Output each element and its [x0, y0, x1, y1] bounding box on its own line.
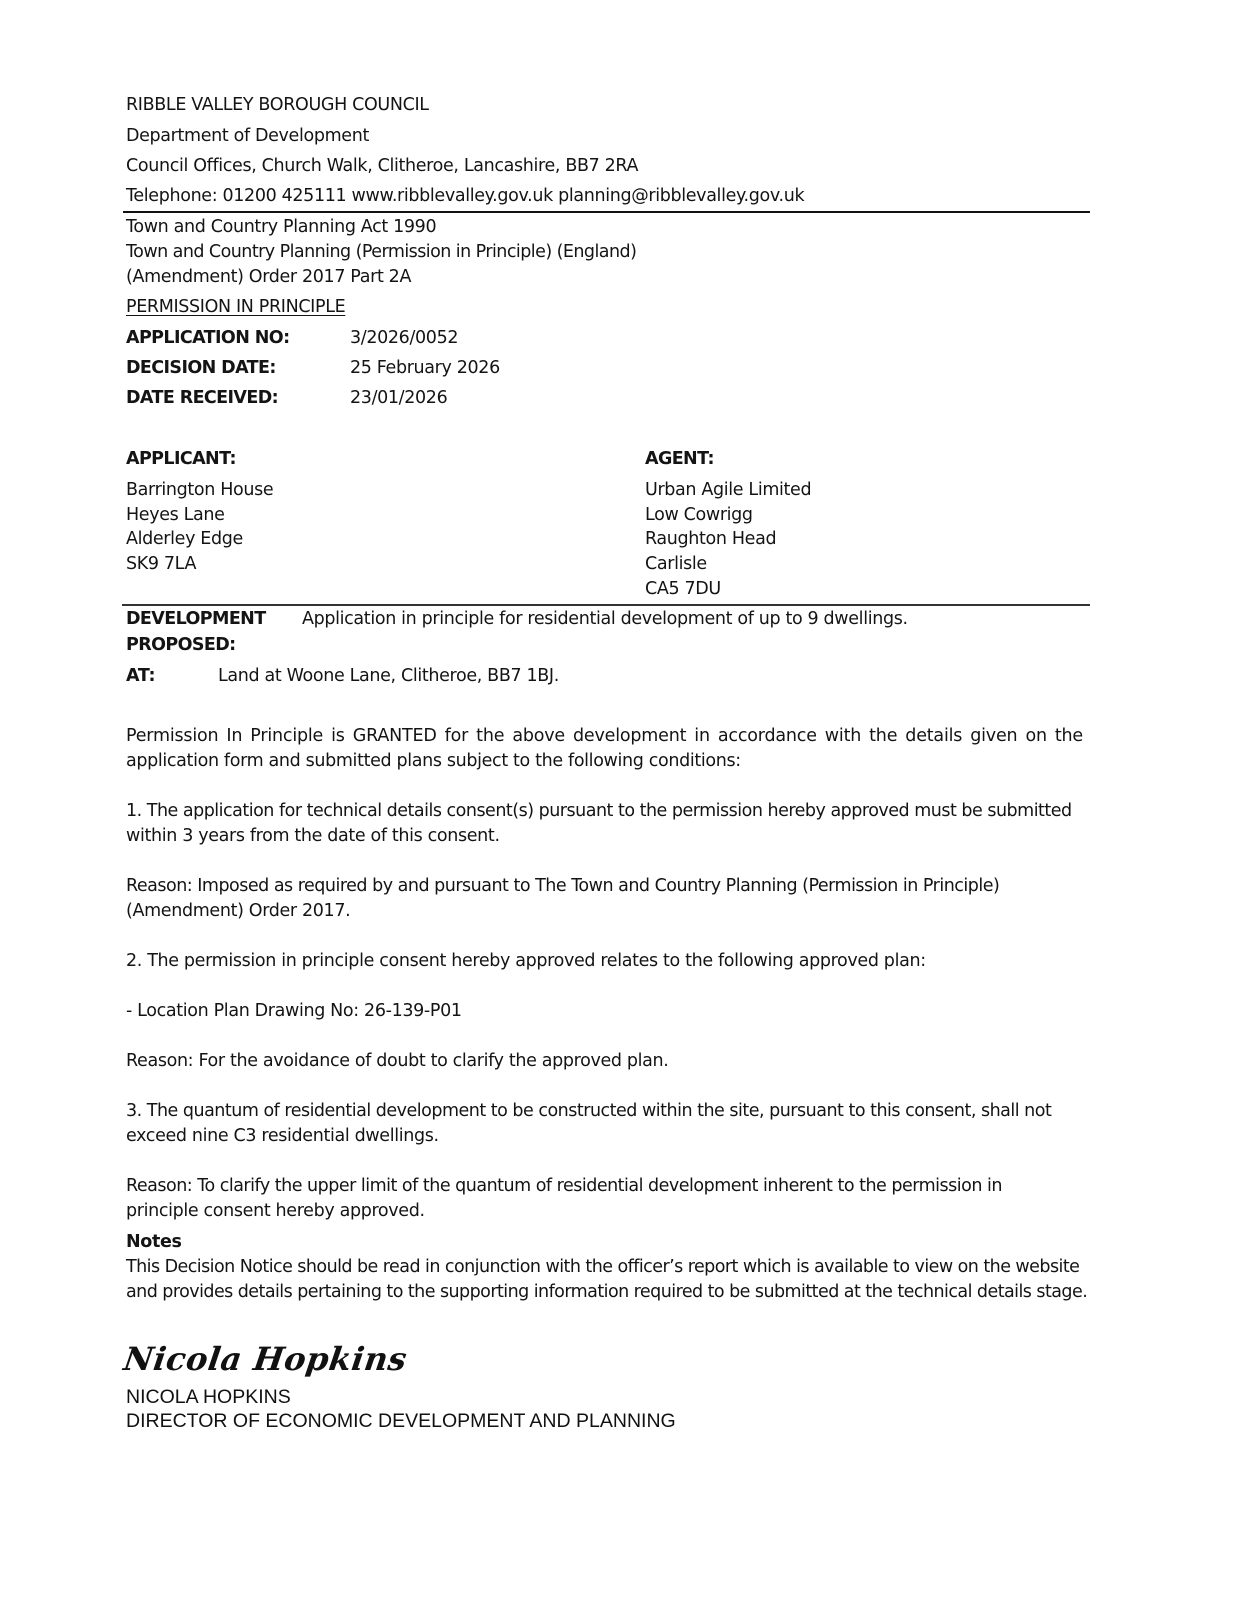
notes-line1: This Decision Notice should be read in c… — [126, 1256, 1079, 1278]
reason-3-line1: Reason: To clarify the upper limit of th… — [126, 1175, 1002, 1197]
applicant-line: SK9 7LA — [126, 553, 196, 575]
condition-3-line2: exceed nine C3 residential dwellings. — [126, 1125, 439, 1147]
decision-notice: RIBBLE VALLEY BOROUGH COUNCIL Department… — [0, 0, 1236, 1600]
reason-1-line1: Reason: Imposed as required by and pursu… — [126, 875, 999, 897]
signatory-name: NICOLA HOPKINS — [126, 1385, 291, 1409]
grant-statement-line1: Permission In Principle is GRANTED for t… — [126, 725, 1083, 747]
condition-1-line2: within 3 years from the date of this con… — [126, 825, 500, 847]
proposed-label: PROPOSED: — [126, 634, 236, 656]
reason-2: Reason: For the avoidance of doubt to cl… — [126, 1050, 668, 1072]
applicant-line: Barrington House — [126, 479, 273, 501]
development-description: Application in principle for residential… — [302, 608, 908, 630]
grant-statement-line2: application form and submitted plans sub… — [126, 750, 741, 772]
agent-line: Low Cowrigg — [645, 504, 753, 526]
application-no-value: 3/2026/0052 — [350, 327, 458, 349]
notes-heading: Notes — [126, 1231, 182, 1253]
agent-label: AGENT: — [645, 448, 714, 470]
decision-type: PERMISSION IN PRINCIPLE — [126, 296, 345, 318]
development-label: DEVELOPMENT — [126, 608, 266, 630]
condition-1-line1: 1. The application for technical details… — [126, 800, 1072, 822]
applicant-label: APPLICANT: — [126, 448, 236, 470]
approved-plan: - Location Plan Drawing No: 26-139-P01 — [126, 1000, 462, 1022]
legislation-order-line1: Town and Country Planning (Permission in… — [126, 241, 636, 263]
agent-line: Urban Agile Limited — [645, 479, 811, 501]
date-received-value: 23/01/2026 — [350, 387, 447, 409]
at-label: AT: — [126, 665, 155, 687]
decision-date-value: 25 February 2026 — [350, 357, 500, 379]
condition-3-line1: 3. The quantum of residential developmen… — [126, 1100, 1051, 1122]
section-divider — [122, 604, 1090, 606]
reason-1-line2: (Amendment) Order 2017. — [126, 900, 350, 922]
notes-line2: and provides details pertaining to the s… — [126, 1281, 1087, 1303]
applicant-line: Heyes Lane — [126, 504, 225, 526]
decision-date-label: DECISION DATE: — [126, 357, 276, 379]
agent-line: Carlisle — [645, 553, 707, 575]
site-location: Land at Woone Lane, Clitheroe, BB7 1BJ. — [218, 665, 559, 687]
department-name: Department of Development — [126, 125, 369, 147]
condition-2: 2. The permission in principle consent h… — [126, 950, 926, 972]
council-address: Council Offices, Church Walk, Clitheroe,… — [126, 155, 638, 177]
legislation-act: Town and Country Planning Act 1990 — [126, 216, 436, 238]
council-name: RIBBLE VALLEY BOROUGH COUNCIL — [126, 94, 429, 116]
signatory-title: DIRECTOR OF ECONOMIC DEVELOPMENT AND PLA… — [126, 1409, 676, 1433]
legislation-order-line2: (Amendment) Order 2017 Part 2A — [126, 266, 411, 288]
application-no-label: APPLICATION NO: — [126, 327, 289, 349]
contact-details: Telephone: 01200 425111 www.ribblevalley… — [126, 185, 804, 207]
signature: Nicola Hopkins — [121, 1340, 409, 1378]
applicant-line: Alderley Edge — [126, 528, 243, 550]
header-divider — [123, 211, 1090, 213]
agent-line: CA5 7DU — [645, 578, 721, 600]
date-received-label: DATE RECEIVED: — [126, 387, 278, 409]
agent-line: Raughton Head — [645, 528, 776, 550]
reason-3-line2: principle consent hereby approved. — [126, 1200, 425, 1222]
